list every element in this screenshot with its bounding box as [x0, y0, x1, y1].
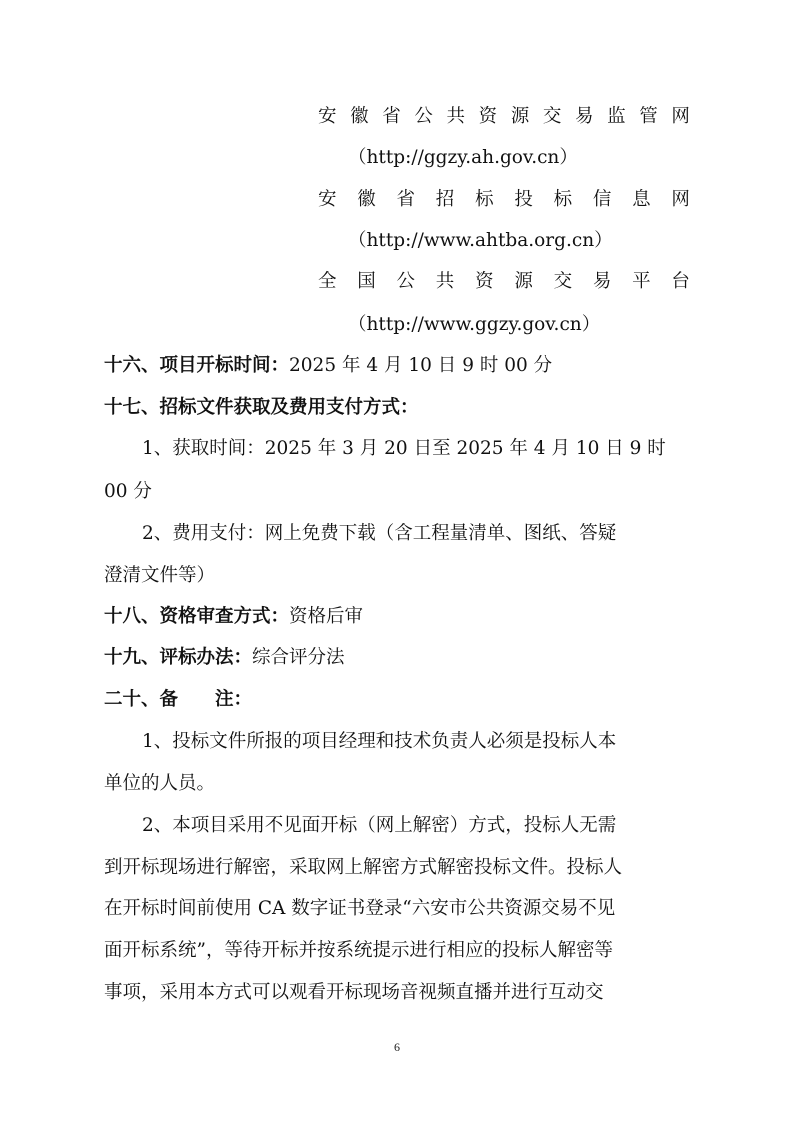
section-17-heading: 十七、招标文件获取及费用支付方式：: [104, 396, 694, 420]
char: 交: [543, 105, 562, 129]
char: 息: [632, 188, 651, 212]
section-16-value: 2025 年 4 月 10 日 9 时 00 分: [289, 355, 552, 376]
section-17-item-1-cont: 00 分: [104, 480, 694, 504]
char: 台: [671, 270, 690, 294]
char: 招: [436, 188, 455, 212]
char: 安: [318, 188, 337, 212]
char: 易: [575, 105, 594, 129]
char: 标: [475, 188, 494, 212]
char: 易: [593, 270, 612, 294]
section-17-item-2-cont: 澄清文件等）: [104, 564, 694, 588]
section-20-item-2-line-2: 到开标现场进行解密，采取网上解密方式解密投标文件。投标人: [104, 856, 694, 880]
char: 网: [671, 188, 690, 212]
char: 管: [639, 105, 658, 129]
char: 公: [397, 270, 416, 294]
section-17-item-2: 2、费用支付：网上免费下载（含工程量清单、图纸、答疑: [142, 522, 732, 546]
char: 投: [514, 188, 533, 212]
site-name-2: 安徽省招标投标信息网: [318, 188, 690, 212]
char: 徽: [357, 188, 376, 212]
section-16-heading: 十六、项目开标时间：: [104, 355, 289, 376]
char: 平: [632, 270, 651, 294]
site-url-3: （http://www.ggzy.gov.cn）: [348, 313, 794, 337]
char: 全: [318, 270, 337, 294]
document-page: 安徽省公共资源交易监管网 （http://ggzy.ah.gov.cn） 安徽省…: [0, 0, 794, 1122]
char: 资: [479, 105, 498, 129]
site-name-3: 全国公共资源交易平台: [318, 270, 690, 294]
char: 徽: [350, 105, 369, 129]
char: 源: [514, 270, 533, 294]
site-name-1: 安徽省公共资源交易监管网: [318, 105, 690, 129]
section-18-heading: 十八、资格审查方式：: [104, 606, 289, 627]
char: 安: [318, 105, 337, 129]
section-20-item-2-line-4: 面开标系统”，等待开标并按系统提示进行相应的投标人解密等: [104, 939, 694, 963]
section-20-item-1-cont: 单位的人员。: [104, 772, 694, 796]
section-18: 十八、资格审查方式：资格后审: [104, 605, 694, 629]
char: 交: [554, 270, 573, 294]
char: 共: [436, 270, 455, 294]
section-20-heading: 二十、备 注：: [104, 688, 694, 712]
char: 共: [447, 105, 466, 129]
char: 省: [382, 105, 401, 129]
site-url-1: （http://ggzy.ah.gov.cn）: [348, 146, 794, 170]
section-19-value: 综合评分法: [252, 647, 345, 668]
char: 省: [397, 188, 416, 212]
char: 信: [593, 188, 612, 212]
site-url-2: （http://www.ahtba.org.cn）: [348, 229, 794, 253]
section-17-item-1: 1、获取时间：2025 年 3 月 20 日至 2025 年 4 月 10 日 …: [142, 437, 732, 461]
char: 网: [671, 105, 690, 129]
section-18-value: 资格后审: [289, 606, 363, 627]
section-20-item-2-line-5: 事项，采用本方式可以观看开标现场音视频直播并进行互动交: [104, 981, 694, 1005]
section-20-item-2-line-3: 在开标时间前使用 CA 数字证书登录“六安市公共资源交易不见: [104, 897, 694, 921]
section-20-item-1: 1、投标文件所报的项目经理和技术负责人必须是投标人本: [142, 730, 732, 754]
char: 监: [607, 105, 626, 129]
char: 资: [475, 270, 494, 294]
section-20-item-2: 2、本项目采用不见面开标（网上解密）方式，投标人无需: [142, 814, 732, 838]
section-19: 十九、评标办法：综合评分法: [104, 646, 694, 670]
page-number: 6: [0, 1040, 794, 1055]
char: 源: [511, 105, 530, 129]
section-19-heading: 十九、评标办法：: [104, 647, 252, 668]
char: 标: [554, 188, 573, 212]
section-16: 十六、项目开标时间：2025 年 4 月 10 日 9 时 00 分: [104, 354, 694, 378]
char: 公: [414, 105, 433, 129]
char: 国: [357, 270, 376, 294]
